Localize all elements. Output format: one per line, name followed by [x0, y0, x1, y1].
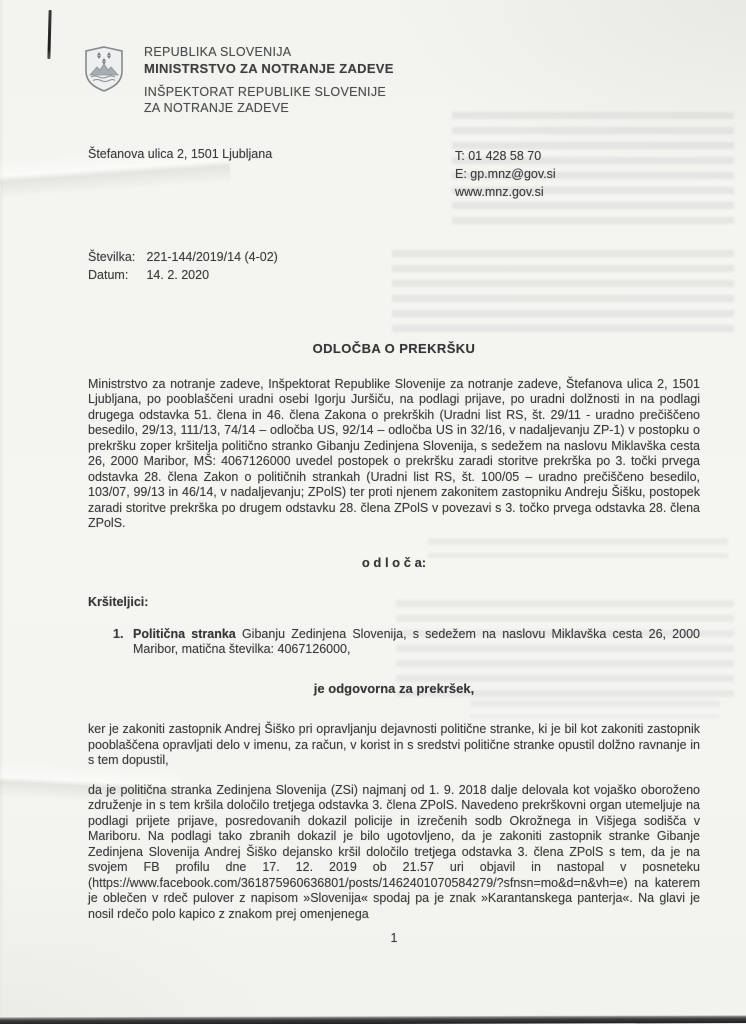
- findings-paragraph: da je politična stranka Zedinjena Sloven…: [88, 783, 700, 923]
- ministry-name: MINISTRSTVO ZA NOTRANJE ZADEVE: [144, 60, 394, 77]
- violators-heading: Kršiteljici:: [88, 595, 700, 611]
- date-label: Datum:: [88, 266, 143, 284]
- inspectorate-name: INŠPEKTORAT REPUBLIKE SLOVENIJE ZA NOTRA…: [144, 84, 394, 116]
- document-meta: Številka: 221-144/2019/14 (4-02) Datum: …: [88, 248, 700, 284]
- document-date-row: Datum: 14. 2. 2020: [88, 266, 700, 284]
- phone-line: T: 01 428 58 70: [455, 147, 556, 165]
- address-contact-row: Štefanova ulica 2, 1501 Ljubljana T: 01 …: [88, 147, 700, 201]
- scanned-document-page: REPUBLIKA SLOVENIJA MINISTRSTVO ZA NOTRA…: [0, 0, 746, 1024]
- document-number-label: Številka:: [88, 248, 143, 266]
- decides-heading: o d l o č a:: [88, 555, 700, 571]
- list-item-number: 1.: [113, 627, 133, 658]
- violator-description: Politična stranka Gibanju Zedinjena Slov…: [133, 627, 700, 658]
- page-number: 1: [88, 931, 700, 947]
- slovenia-coat-of-arms-icon: [84, 46, 124, 92]
- violator-list-item: 1. Politična stranka Gibanju Zedinjena S…: [88, 627, 700, 658]
- liability-paragraph: ker je zakoniti zastopnik Andrej Šiško p…: [88, 722, 700, 769]
- letterhead-text: REPUBLIKA SLOVENIJA MINISTRSTVO ZA NOTRA…: [144, 44, 394, 116]
- republic-name: REPUBLIKA SLOVENIJA: [144, 44, 394, 60]
- office-address: Štefanova ulica 2, 1501 Ljubljana: [88, 147, 455, 201]
- violator-bold-lead: Politična stranka: [133, 627, 236, 641]
- scan-bottom-edge: [0, 1015, 746, 1024]
- letterhead: REPUBLIKA SLOVENIJA MINISTRSTVO ZA NOTRA…: [84, 44, 700, 116]
- contact-info: T: 01 428 58 70 E: gp.mnz@gov.si www.mnz…: [455, 147, 556, 201]
- date-value: 14. 2. 2020: [146, 268, 209, 282]
- document-number-value: 221-144/2019/14 (4-02): [146, 250, 277, 264]
- responsible-heading: je odgovorna za prekršek,: [88, 681, 700, 697]
- intro-paragraph: Ministrstvo za notranje zadeve, Inšpekto…: [88, 377, 700, 532]
- document-title: ODLOČBA O PREKRŠKU: [88, 341, 700, 357]
- document-number-row: Številka: 221-144/2019/14 (4-02): [88, 248, 700, 266]
- inspectorate-line-1: INŠPEKTORAT REPUBLIKE SLOVENIJE: [144, 84, 394, 100]
- website-line: www.mnz.gov.si: [455, 183, 556, 201]
- inspectorate-line-2: ZA NOTRANJE ZADEVE: [144, 100, 394, 116]
- email-line: E: gp.mnz@gov.si: [455, 165, 556, 183]
- document-content: REPUBLIKA SLOVENIJA MINISTRSTVO ZA NOTRA…: [0, 0, 746, 1024]
